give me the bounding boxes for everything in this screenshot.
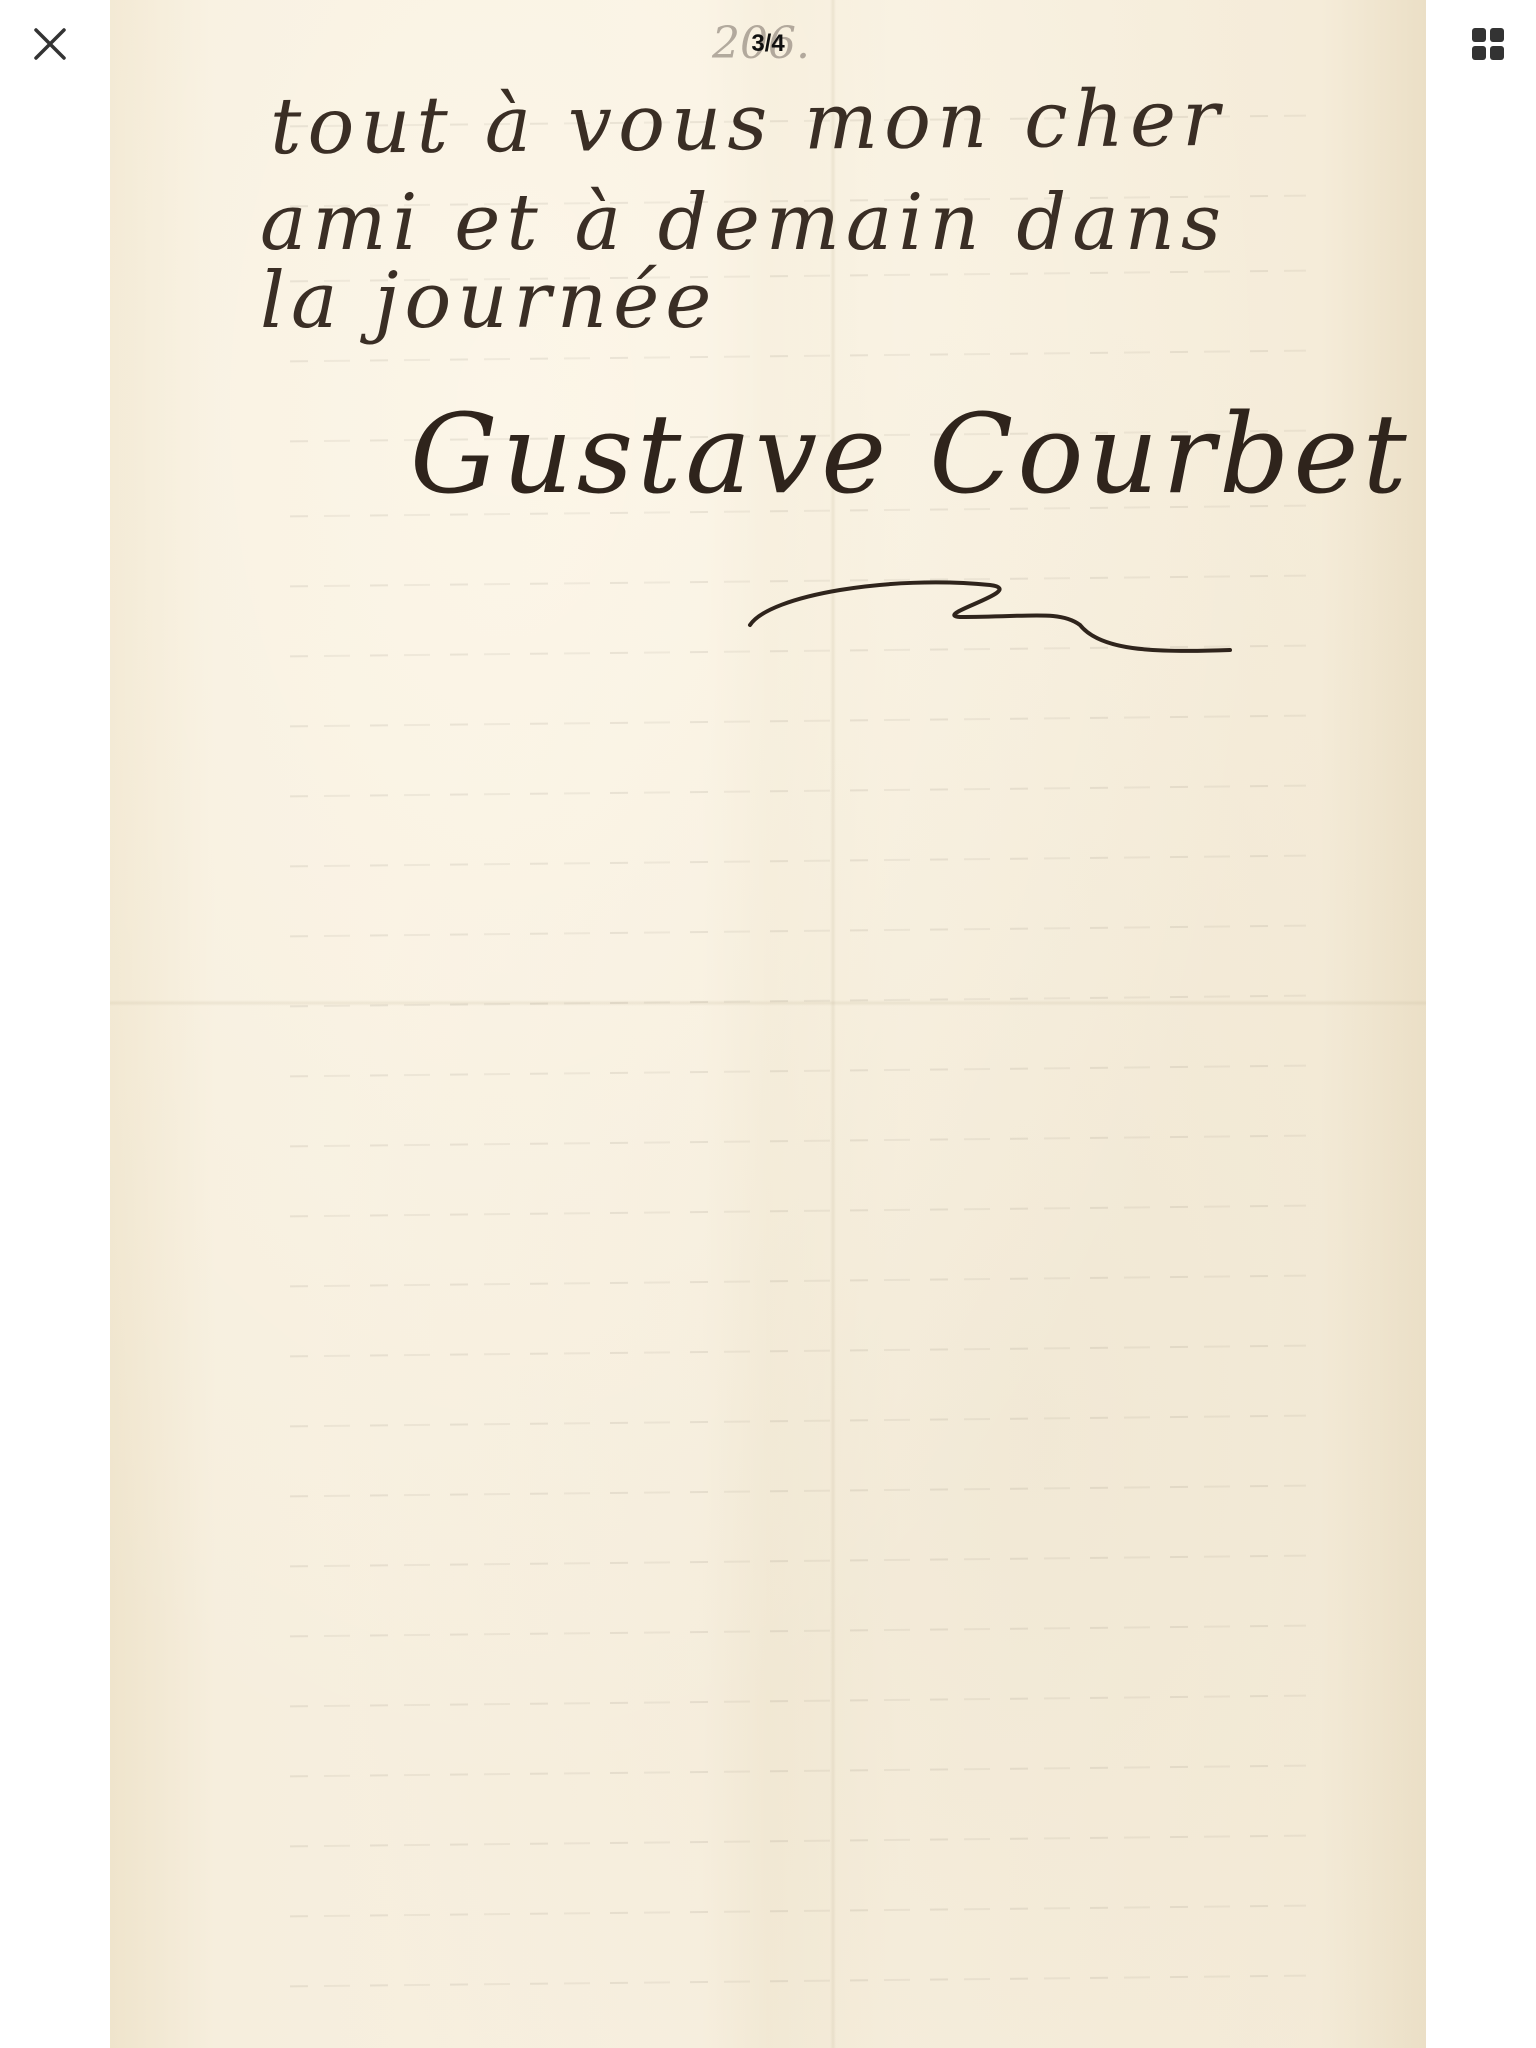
bleed-through-line — [290, 1835, 1306, 1848]
bleed-through-line — [290, 1905, 1306, 1918]
bleed-through-line — [290, 1625, 1306, 1638]
bleed-through-line — [290, 855, 1306, 868]
image-viewer: 206. tout à vous mon cher ami et à demai… — [0, 0, 1536, 2048]
letter-image: 206. tout à vous mon cher ami et à demai… — [110, 0, 1426, 2048]
handwritten-line: tout à vous mon cher — [270, 74, 1226, 172]
bleed-through-line — [290, 1065, 1306, 1078]
grid-icon — [1471, 27, 1505, 61]
bleed-through-line — [290, 1135, 1306, 1148]
close-button[interactable] — [22, 16, 78, 72]
bleed-through-line — [290, 1695, 1306, 1708]
signature-flourish — [730, 555, 1250, 665]
handwritten-line: ami et à demain dans — [260, 178, 1227, 268]
bleed-through-line — [290, 925, 1306, 938]
archive-number: 206. — [712, 18, 810, 69]
bleed-through-line — [290, 1345, 1306, 1358]
signature: Gustave Courbet — [410, 390, 1411, 518]
bleed-through-line — [290, 1765, 1306, 1778]
gallery-grid-button[interactable] — [1462, 18, 1514, 70]
close-icon — [32, 26, 68, 62]
bleed-through-line — [290, 785, 1306, 798]
bleed-through-line — [290, 1275, 1306, 1288]
handwritten-line: la journée — [260, 256, 717, 346]
paper-fold — [830, 0, 836, 2048]
bleed-through-line — [290, 1485, 1306, 1498]
bleed-through-line — [290, 1415, 1306, 1428]
bleed-through-line — [290, 1975, 1306, 1988]
bleed-through-line — [290, 715, 1306, 728]
bleed-through-line — [290, 1555, 1306, 1568]
bleed-through-line — [290, 350, 1306, 363]
bleed-through-line — [290, 1205, 1306, 1218]
